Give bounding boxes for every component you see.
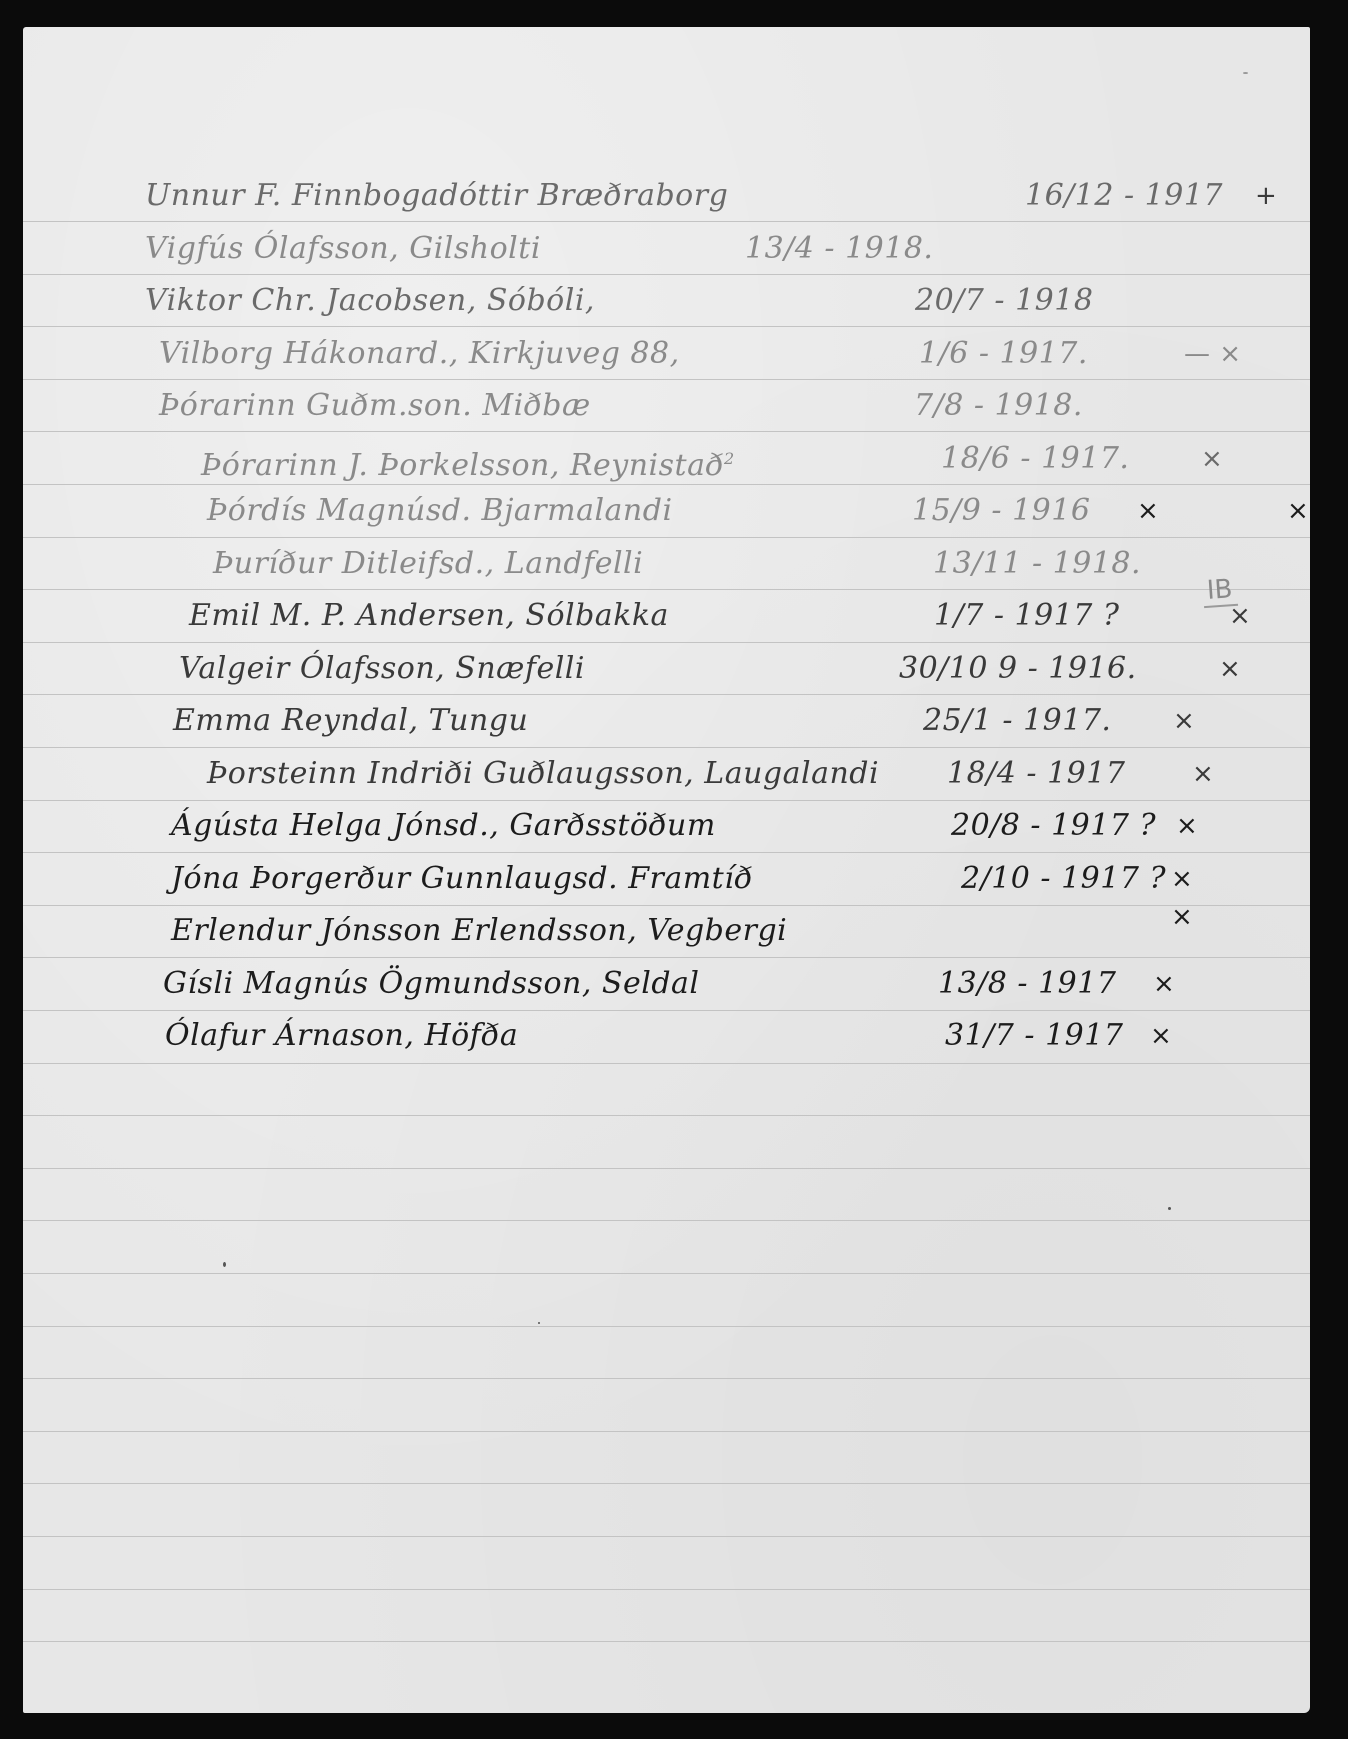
ruled-line bbox=[23, 1273, 1310, 1274]
ledger-page: Unnur F. Finnbogadóttir Bræðraborg 16/12… bbox=[23, 27, 1310, 1713]
paper-speck bbox=[1168, 1207, 1171, 1210]
entry-date: 25/1 - 1917. bbox=[923, 695, 1111, 747]
entry-name: Viktor Chr. Jacobsen, Sóbóli, bbox=[145, 275, 595, 327]
ruled-line bbox=[23, 1326, 1310, 1327]
entry-name: Jóna Þorgerður Gunnlaugsd. Framtíð bbox=[171, 853, 753, 905]
entry-name: Vilborg Hákonard., Kirkjuveg 88, bbox=[159, 328, 680, 380]
entry-mark: × bbox=[1171, 891, 1193, 943]
ruled-line bbox=[23, 1589, 1310, 1590]
ruled-line bbox=[23, 1378, 1310, 1379]
entry-name: Ágústa Helga Jónsd., Garðsstöðum bbox=[171, 800, 716, 852]
entry-mark: × bbox=[1173, 695, 1195, 747]
paper-speck bbox=[538, 1322, 540, 1324]
entry-date: 16/12 - 1917 bbox=[1025, 170, 1223, 222]
ruled-line bbox=[23, 1641, 1310, 1642]
entry-name: Gísli Magnús Ögmundsson, Seldal bbox=[163, 958, 700, 1010]
entry-date: 15/9 - 1916 bbox=[912, 485, 1090, 537]
ruled-line bbox=[23, 1431, 1310, 1432]
ruled-line bbox=[23, 1483, 1310, 1484]
entry-name: Emma Reyndal, Tungu bbox=[173, 695, 528, 747]
entry-name: Þórdís Magnúsd. Bjarmalandi bbox=[207, 485, 673, 537]
entry-mark: × bbox=[1176, 800, 1198, 852]
ruled-line bbox=[23, 1536, 1310, 1537]
entry-name: Þuríður Ditleifsd., Landfelli bbox=[213, 538, 643, 590]
entry-date: 7/8 - 1918. bbox=[914, 380, 1083, 432]
entry-mark: × bbox=[1201, 433, 1223, 485]
entry-name: Valgeir Ólafsson, Snæfelli bbox=[179, 643, 585, 695]
entry-date: 20/7 - 1918 bbox=[915, 275, 1093, 327]
entry-name: Þórarinn Guðm.son. Miðbæ bbox=[159, 380, 591, 432]
entry-mark: × bbox=[1153, 958, 1175, 1010]
entry-mark: × bbox=[1229, 590, 1251, 642]
entry-name: Þórarinn J. Þorkelsson, Reynistað2 bbox=[201, 433, 735, 492]
entry-name: Unnur F. Finnbogadóttir Bræðraborg bbox=[145, 170, 728, 222]
entry-mark: × × bbox=[1137, 485, 1348, 537]
entry-name: Þorsteinn Indriði Guðlaugsson, Laugaland… bbox=[207, 748, 879, 800]
paper-speck bbox=[1243, 72, 1248, 74]
ruled-line bbox=[23, 1168, 1310, 1169]
ruled-line bbox=[23, 1115, 1310, 1116]
entry-date: 20/8 - 1917 ? bbox=[951, 800, 1156, 852]
entry-mark: × bbox=[1192, 748, 1214, 800]
entry-date: 18/6 - 1917. bbox=[941, 433, 1129, 485]
entry-date: 13/8 - 1917 bbox=[938, 958, 1116, 1010]
entry-mark: — × bbox=[1184, 328, 1242, 380]
entry-name: Vigfús Ólafsson, Gilsholti bbox=[145, 223, 541, 275]
entry-date: 1/6 - 1917. bbox=[919, 328, 1088, 380]
entry-date: 18/4 - 1917 bbox=[947, 748, 1125, 800]
paper-speck bbox=[223, 1262, 226, 1267]
entry-name: Ólafur Árnason, Höfða bbox=[165, 1010, 518, 1062]
entry-date: 2/10 - 1917 ? bbox=[961, 853, 1166, 905]
entry-name: Emil M. P. Andersen, Sólbakka bbox=[189, 590, 669, 642]
entry-mark: × bbox=[1150, 1010, 1172, 1062]
entry-date: 31/7 - 1917 bbox=[945, 1010, 1123, 1062]
ruled-line bbox=[23, 1220, 1310, 1221]
entry-mark: + bbox=[1255, 170, 1277, 222]
entry-date: 1/7 - 1917 ? bbox=[934, 590, 1119, 642]
entry-date: 13/4 - 1918. bbox=[745, 223, 933, 275]
ruled-line bbox=[23, 1063, 1310, 1064]
entry-mark: × bbox=[1219, 643, 1241, 695]
entry-name: Erlendur Jónsson Erlendsson, Vegbergi bbox=[171, 905, 787, 957]
entry-date: 13/11 - 1918. bbox=[933, 538, 1141, 590]
entry-date: 30/10 9 - 1916. bbox=[899, 643, 1137, 695]
